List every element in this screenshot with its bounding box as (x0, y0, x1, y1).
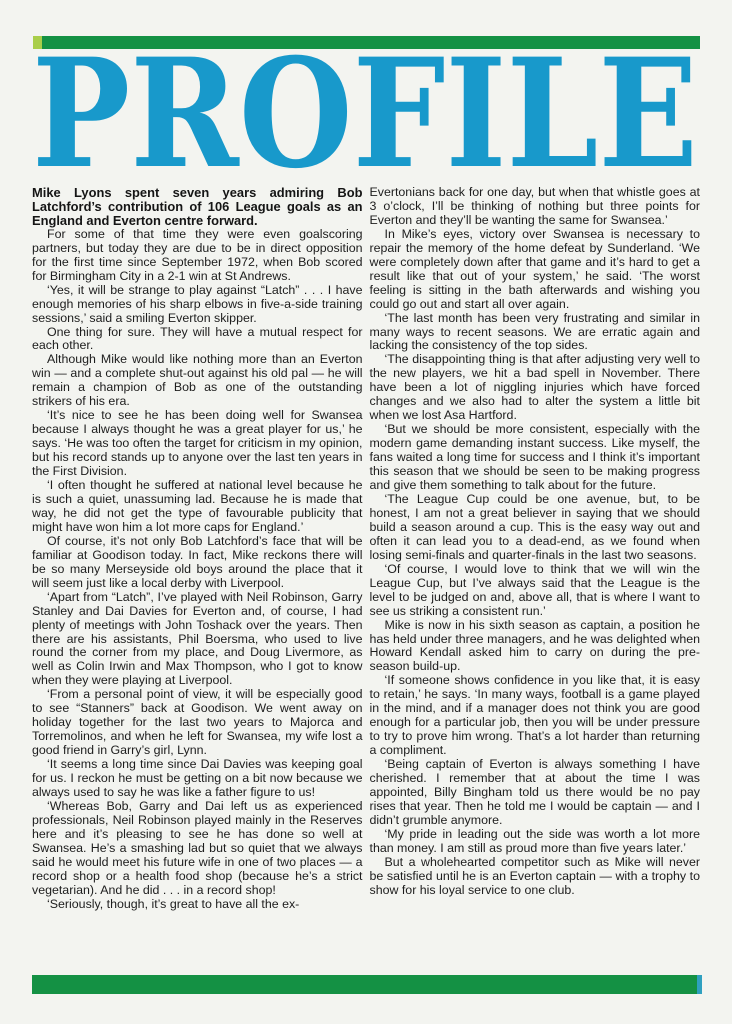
masthead: PROFILE (30, 53, 702, 175)
body-paragraph: Evertonians back for one day, but when t… (370, 186, 701, 228)
masthead-title: PROFILE (32, 26, 698, 202)
lead-paragraph: Mike Lyons spent seven years admiring Bo… (32, 186, 363, 228)
body-paragraph: ‘The disappointing thing is that after a… (370, 353, 701, 423)
body-paragraph: For some of that time they were even goa… (32, 228, 363, 284)
magazine-page: PROFILE Mike Lyons spent seven years adm… (0, 0, 732, 1024)
masthead-graphic: PROFILE (30, 53, 702, 175)
body-paragraph: In Mike’s eyes, victory over Swansea is … (370, 228, 701, 312)
body-paragraph: ‘Whereas Bob, Garry and Dai left us as e… (32, 800, 363, 898)
body-paragraph: ‘Of course, I would love to think that w… (370, 563, 701, 619)
bottom-rule (32, 975, 702, 994)
right-column-paragraphs: Evertonians back for one day, but when t… (370, 186, 701, 898)
body-paragraph: One thing for sure. They will have a mut… (32, 326, 363, 354)
left-column: Mike Lyons spent seven years admiring Bo… (32, 186, 363, 912)
left-column-paragraphs: For some of that time they were even goa… (32, 228, 363, 912)
body-paragraph: Although Mike would like nothing more th… (32, 353, 363, 409)
article-body: Mike Lyons spent seven years admiring Bo… (32, 186, 700, 912)
right-column: Evertonians back for one day, but when t… (370, 186, 701, 912)
body-paragraph: Of course, it’s not only Bob Latchford’s… (32, 535, 363, 591)
body-paragraph: ‘From a personal point of view, it will … (32, 688, 363, 758)
body-paragraph: ‘The last month has been very frustratin… (370, 312, 701, 354)
body-paragraph: ‘It seems a long time since Dai Davies w… (32, 758, 363, 800)
body-paragraph: ‘It’s nice to see he has been doing well… (32, 409, 363, 479)
body-paragraph: ‘Apart from “Latch”, I’ve played with Ne… (32, 591, 363, 689)
body-paragraph: ‘Yes, it will be strange to play against… (32, 284, 363, 326)
body-paragraph: ‘But we should be more consistent, espec… (370, 423, 701, 493)
bottom-rule-right-cap (697, 975, 702, 994)
body-paragraph: ‘My pride in leading out the side was wo… (370, 828, 701, 856)
body-paragraph: ‘The League Cup could be one avenue, but… (370, 493, 701, 563)
body-paragraph: ‘I often thought he suffered at national… (32, 479, 363, 535)
body-paragraph: ‘If someone shows confidence in you like… (370, 674, 701, 758)
body-paragraph: Mike is now in his sixth season as capta… (370, 619, 701, 675)
body-paragraph: ‘Being captain of Everton is always some… (370, 758, 701, 828)
body-paragraph: But a wholehearted competitor such as Mi… (370, 856, 701, 898)
body-paragraph: ‘Seriously, though, it’s great to have a… (32, 898, 363, 912)
